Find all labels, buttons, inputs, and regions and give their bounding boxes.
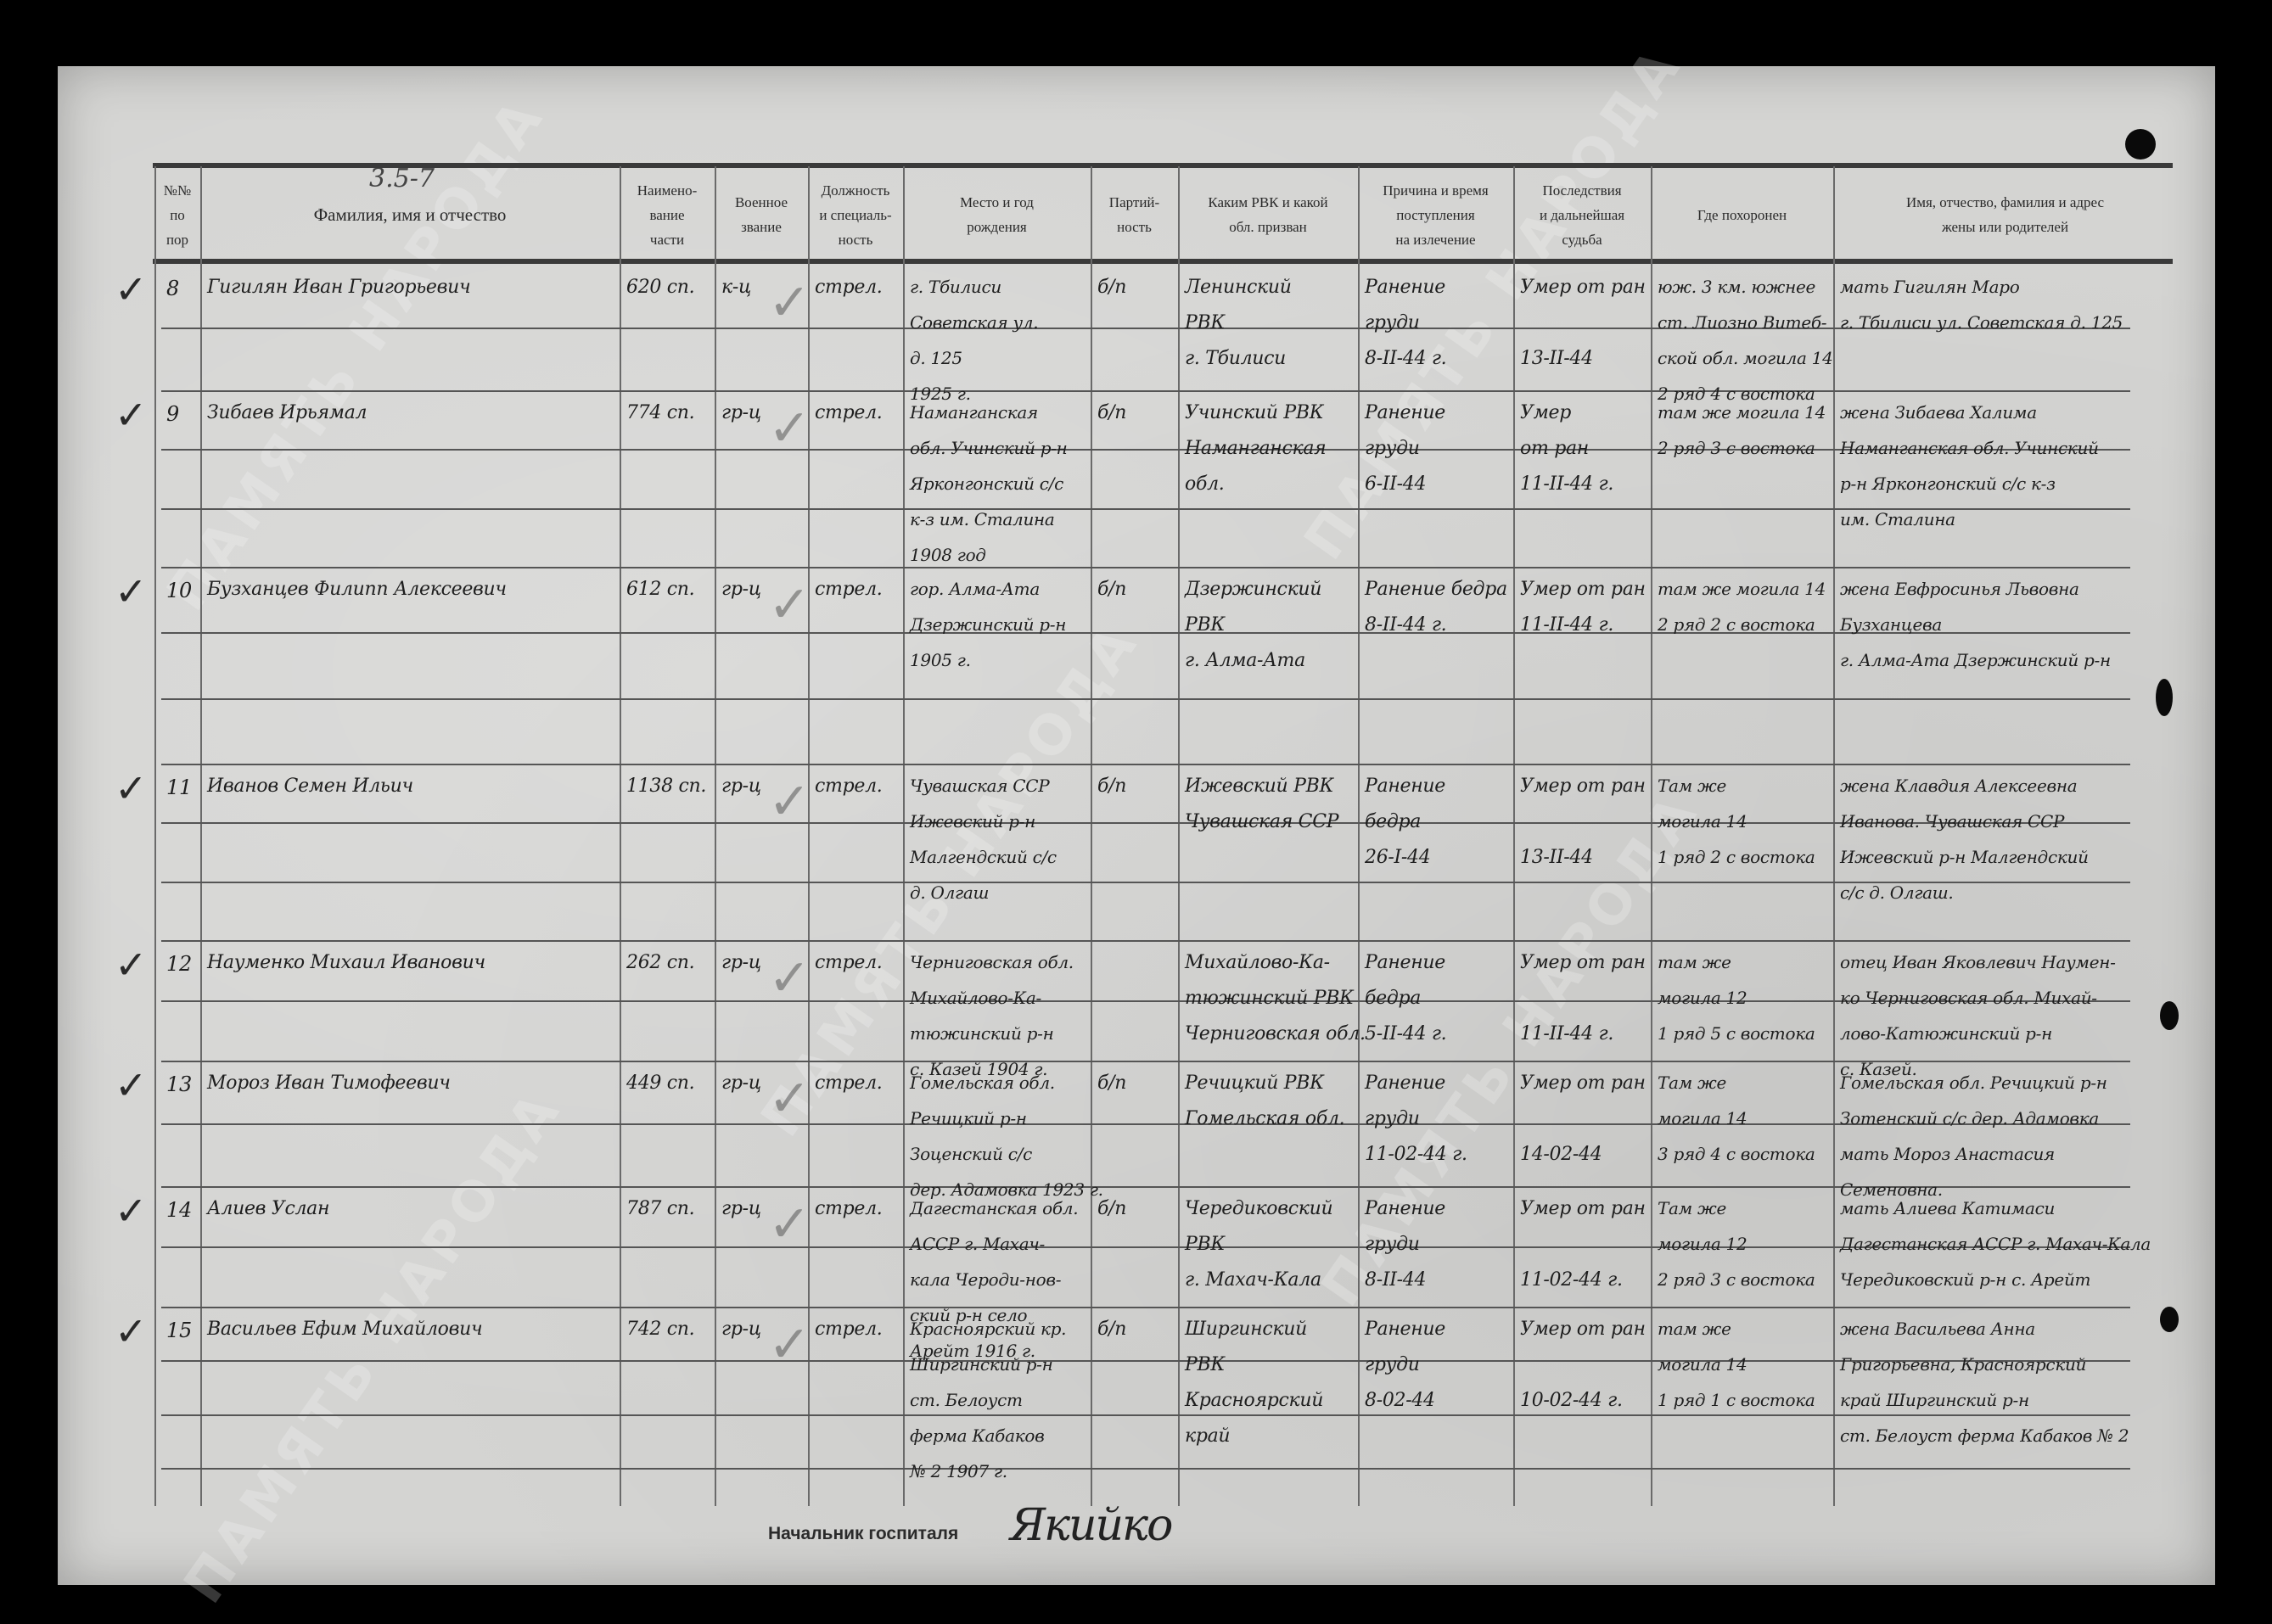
cell-cause: груди <box>1365 438 1420 459</box>
cell-birth: 1908 год <box>910 545 986 565</box>
cell-cause: бедра <box>1365 811 1421 832</box>
cell-burial: 2 ряд 2 с востока <box>1658 614 1815 635</box>
cell-rvk: Красноярский <box>1185 1390 1323 1411</box>
column-header-cause: Причина и время поступления на излечение <box>1358 170 1513 260</box>
cell-burial: могила 14 <box>1658 1108 1747 1128</box>
column-divider <box>1513 166 1515 1506</box>
cell-birth: ст. Белоуст <box>910 1390 1023 1410</box>
cell-rank: гр-ц <box>721 1072 761 1094</box>
cell-birth: Ярконгонский с/с <box>910 473 1063 494</box>
cell-burial: Там же <box>1658 1072 1726 1093</box>
cell-relatives: Гомельская обл. Речицкий р-н <box>1840 1072 2107 1093</box>
cell-birth: Речицкий р-н <box>910 1108 1027 1128</box>
cell-num: 9 <box>166 402 179 426</box>
pencil-check-icon: ✓ <box>768 1195 811 1254</box>
column-header-name: Фамилия, имя и отчество <box>200 170 620 260</box>
column-header-relatives: Имя, отчество, фамилия и адрес жены или … <box>1833 170 2177 260</box>
cell-cause: груди <box>1365 1234 1420 1255</box>
cell-num: 8 <box>166 277 179 300</box>
row-rule <box>161 1000 2130 1002</box>
cell-birth: Малгендский с/с <box>910 847 1057 867</box>
cell-cause: 6-II-44 <box>1365 473 1426 495</box>
cell-position: стрел. <box>815 579 883 600</box>
cell-cause: 11-02-44 г. <box>1365 1144 1467 1165</box>
cell-cause: 8-II-44 г. <box>1365 614 1446 636</box>
cell-outcome: Умер <box>1520 402 1571 423</box>
row-rule <box>161 449 2130 451</box>
cell-name: Науменко Михаил Иванович <box>207 952 485 973</box>
cell-relatives: Ижевский р-н Малгендский <box>1840 847 2089 867</box>
row-rule <box>161 1061 2130 1062</box>
row-rule <box>161 1414 2130 1416</box>
cell-num: 15 <box>166 1319 192 1342</box>
cell-burial: 2 ряд 4 с востока <box>1658 384 1815 404</box>
cell-burial: Там же <box>1658 1198 1726 1218</box>
cell-burial: там же могила 14 <box>1658 402 1826 423</box>
cell-rvk: Речицкий РВК <box>1185 1072 1324 1094</box>
cell-outcome: 11-II-44 г. <box>1520 1023 1613 1044</box>
cell-cause: 5-II-44 г. <box>1365 1023 1446 1044</box>
cell-name: Алиев Услан <box>207 1198 329 1219</box>
punch-hole <box>2125 129 2156 160</box>
cell-burial: 1 ряд 2 с востока <box>1658 847 1815 867</box>
cell-relatives: ко Черниговская обл. Михай- <box>1840 988 2097 1008</box>
row-rule <box>161 764 2130 765</box>
cell-outcome: 13-II-44 <box>1520 847 1593 868</box>
cell-burial: могила 14 <box>1658 1354 1747 1375</box>
cell-num: 10 <box>166 579 192 602</box>
cell-birth: 1925 г. <box>910 384 971 404</box>
column-header-unit: Наимено- вание части <box>620 170 715 260</box>
cell-birth: Гомельская обл. <box>910 1072 1055 1093</box>
cell-cause: 8-02-44 <box>1365 1390 1435 1411</box>
cell-name: Гигилян Иван Григорьевич <box>207 277 470 298</box>
cell-birth: д. 125 <box>910 348 962 368</box>
pencil-check-icon: ✓ <box>768 1069 811 1128</box>
cell-relatives: жена Клавдия Алексеевна <box>1840 776 2077 796</box>
cell-cause: бедра <box>1365 988 1421 1009</box>
cell-party: б/п <box>1097 579 1126 600</box>
cell-unit: 449 сп. <box>626 1072 694 1094</box>
verified-check-icon: ✓ <box>115 1062 148 1108</box>
cell-outcome: 14-02-44 <box>1520 1144 1602 1165</box>
cell-relatives: Зотенский с/с дер. Адамовка <box>1840 1108 2099 1128</box>
cell-outcome: Умер от ран <box>1520 1072 1646 1094</box>
verified-check-icon: ✓ <box>115 1308 148 1354</box>
verified-check-icon: ✓ <box>115 1188 148 1234</box>
cell-birth: Зоценский с/с <box>910 1144 1032 1164</box>
cell-rvk: РВК <box>1185 1234 1225 1255</box>
cell-burial: Там же <box>1658 776 1726 796</box>
column-header-outcome: Последствия и дальнейшая судьба <box>1513 170 1651 260</box>
cell-cause: груди <box>1365 312 1420 333</box>
pencil-check-icon: ✓ <box>768 273 811 333</box>
cell-rank: гр-ц <box>721 402 761 423</box>
cell-cause: 8-II-44 г. <box>1365 348 1446 369</box>
row-rule <box>161 567 2130 568</box>
cell-rvk: Чувашская ССР <box>1185 811 1338 832</box>
cell-relatives: им. Сталина <box>1840 509 1955 529</box>
column-header-burial: Где похоронен <box>1651 170 1833 260</box>
row-rule <box>161 1186 2130 1188</box>
pencil-check-icon: ✓ <box>768 772 811 832</box>
cell-rvk: РВК <box>1185 614 1225 636</box>
cell-unit: 612 сп. <box>626 579 694 600</box>
cell-birth: Ижевский р-н <box>910 811 1035 832</box>
row-rule <box>161 508 2130 510</box>
cell-burial: 1 ряд 5 с востока <box>1658 1023 1815 1044</box>
cell-outcome: Умер от ран <box>1520 277 1646 298</box>
cell-burial: могила 12 <box>1658 988 1747 1008</box>
cell-cause: груди <box>1365 1354 1420 1375</box>
cell-cause: Ранение <box>1365 952 1445 973</box>
pencil-check-icon: ✓ <box>768 949 811 1008</box>
cell-party: б/п <box>1097 277 1126 298</box>
cell-birth: № 2 1907 г. <box>910 1461 1007 1481</box>
column-divider <box>1178 166 1180 1506</box>
cell-burial: там же могила 14 <box>1658 579 1826 599</box>
cell-relatives: Семеновна. <box>1840 1179 1943 1200</box>
cell-birth: дер. Адамовка 1923 г. <box>910 1179 1089 1200</box>
verified-check-icon: ✓ <box>115 392 148 438</box>
cell-rvk: Гомельская обл. <box>1185 1108 1344 1129</box>
cell-relatives: Бузханцева <box>1840 614 1942 635</box>
column-divider <box>154 166 156 1506</box>
cell-relatives: жена Зибаева Халима <box>1840 402 2037 423</box>
column-divider <box>808 166 810 1506</box>
cell-birth: к-з им. Сталина <box>910 509 1055 529</box>
cell-relatives: мать Гигилян Маро <box>1840 277 2019 297</box>
column-divider <box>620 166 621 1506</box>
column-divider <box>200 166 202 1506</box>
cell-rvk: Дзержинский <box>1185 579 1321 600</box>
cell-rvk: г. Тбилиси <box>1185 348 1286 369</box>
verified-check-icon: ✓ <box>115 942 148 988</box>
cell-cause: 8-II-44 <box>1365 1269 1426 1291</box>
cell-burial: могила 14 <box>1658 811 1747 832</box>
row-rule <box>161 328 2130 329</box>
cell-unit: 787 сп. <box>626 1198 694 1219</box>
cell-relatives: лово-Катюжинский р-н <box>1840 1023 2052 1044</box>
cell-party: б/п <box>1097 1072 1126 1094</box>
cell-relatives: Чередиковский р-н с. Арейт <box>1840 1269 2090 1290</box>
column-header-party: Партий- ность <box>1091 170 1178 260</box>
cell-rvk: тюжинский РВК <box>1185 988 1354 1009</box>
column-divider <box>903 166 905 1506</box>
cell-relatives: ст. Белоуст ферма Кабаков № 2 <box>1840 1425 2129 1446</box>
cell-relatives: г. Алма-Ата Дзержинский р-н <box>1840 650 2111 670</box>
cell-burial: ст. Лиозно Витеб- <box>1658 312 1826 333</box>
cell-cause: Ранение <box>1365 402 1445 423</box>
cell-position: стрел. <box>815 1319 883 1340</box>
verified-check-icon: ✓ <box>115 266 148 312</box>
cell-cause: Ранение <box>1365 776 1445 797</box>
cell-unit: 620 сп. <box>626 277 694 298</box>
cell-birth: кала Чероди-нов- <box>910 1269 1061 1290</box>
cell-cause: Ранение <box>1365 1072 1445 1094</box>
cell-unit: 262 сп. <box>626 952 694 973</box>
cell-position: стрел. <box>815 402 883 423</box>
cell-birth: Дагестанская обл. <box>910 1198 1078 1218</box>
cell-outcome: 11-II-44 г. <box>1520 473 1613 495</box>
cell-birth: гор. Алма-Ата <box>910 579 1040 599</box>
column-divider <box>715 166 716 1506</box>
cell-relatives: Наманганская обл. Учинский <box>1840 438 2099 458</box>
cell-rvk: Черниговская обл. <box>1185 1023 1356 1044</box>
cell-birth: АССР г. Махач- <box>910 1234 1045 1254</box>
cell-rvk: г. Алма-Ата <box>1185 650 1305 671</box>
cell-name: Зибаев Ирьямал <box>207 402 367 423</box>
cell-unit: 742 сп. <box>626 1319 694 1340</box>
cell-birth: г. Тбилиси <box>910 277 1001 297</box>
pencil-check-icon: ✓ <box>768 399 811 458</box>
cell-birth: обл. Учинский р-н <box>910 438 1068 458</box>
cell-rvk: Ширгинский <box>1185 1319 1307 1340</box>
cell-burial: там же <box>1658 952 1731 972</box>
row-rule <box>161 882 2130 883</box>
row-rule <box>161 1468 2130 1470</box>
cell-position: стрел. <box>815 952 883 973</box>
cell-relatives: р-н Ярконгонский с/с к-з <box>1840 473 2056 494</box>
row-rule <box>161 1246 2130 1248</box>
cell-relatives: Дагестанская АССР г. Махач-Кала <box>1840 1234 2151 1254</box>
cell-position: стрел. <box>815 1072 883 1094</box>
cell-outcome: Умер от ран <box>1520 776 1646 797</box>
column-header-rvk: Каким РВК и какой обл. призван <box>1178 170 1358 260</box>
cell-name: Иванов Семен Ильич <box>207 776 413 797</box>
cell-cause: 26-I-44 <box>1365 847 1430 868</box>
cell-rank: гр-ц <box>721 1319 761 1340</box>
cell-party: б/п <box>1097 776 1126 797</box>
cell-burial: 2 ряд 3 с востока <box>1658 438 1815 458</box>
cell-cause: Ранение <box>1365 277 1445 298</box>
column-divider <box>1651 166 1652 1506</box>
cell-relatives: жена Евфросинья Львовна <box>1840 579 2079 599</box>
pencil-check-icon: ✓ <box>768 1315 811 1375</box>
cell-rvk: Михайлово-Ка- <box>1185 952 1330 973</box>
cell-num: 14 <box>166 1198 192 1222</box>
cell-relatives: Иванова. Чувашская ССР <box>1840 811 2064 832</box>
cell-rank: гр-ц <box>721 952 761 973</box>
cell-unit: 774 сп. <box>626 402 694 423</box>
cell-birth: Дзержинский р-н <box>910 614 1066 635</box>
cell-num: 11 <box>166 776 192 799</box>
cell-birth: ферма Кабаков <box>910 1425 1044 1446</box>
cell-relatives: Григорьевна, Красноярский <box>1840 1354 2086 1375</box>
row-rule <box>161 940 2130 942</box>
cell-relatives: мать Алиева Катимаси <box>1840 1198 2055 1218</box>
column-header-position: Должность и специаль- ность <box>808 170 903 260</box>
row-rule <box>161 390 2130 392</box>
cell-num: 13 <box>166 1072 192 1096</box>
cell-outcome: от ран <box>1520 438 1589 459</box>
cell-outcome: 11-02-44 г. <box>1520 1269 1623 1291</box>
cell-birth: 1905 г. <box>910 650 971 670</box>
cell-cause: Ранение бедра <box>1365 579 1507 600</box>
cell-relatives: г. Тбилиси ул. Советская д. 125 <box>1840 312 2123 333</box>
cell-rvk: Чередиковский <box>1185 1198 1332 1219</box>
cell-rvk: Ленинский <box>1185 277 1292 298</box>
cell-name: Мороз Иван Тимофеевич <box>207 1072 451 1094</box>
cell-rvk: РВК <box>1185 1354 1225 1375</box>
cell-rvk: Наманганская <box>1185 438 1326 459</box>
cell-outcome: 13-II-44 <box>1520 348 1593 369</box>
cell-cause: Ранение <box>1365 1198 1445 1219</box>
cell-party: б/п <box>1097 402 1126 423</box>
verified-check-icon: ✓ <box>115 568 148 614</box>
cell-party: б/п <box>1097 1319 1126 1340</box>
column-divider <box>1833 166 1835 1506</box>
cell-relatives: край Ширгинский р-н <box>1840 1390 2029 1410</box>
column-divider <box>1091 166 1092 1506</box>
cell-outcome: 11-II-44 г. <box>1520 614 1613 636</box>
cell-position: стрел. <box>815 776 883 797</box>
signature: Якийко <box>1010 1500 1171 1551</box>
row-rule <box>161 632 2130 634</box>
punch-hole <box>2160 1001 2179 1030</box>
cell-relatives: мать Мороз Анастасия <box>1840 1144 2055 1164</box>
cell-outcome: 10-02-44 г. <box>1520 1390 1623 1411</box>
cell-party: б/п <box>1097 1198 1126 1219</box>
row-rule <box>161 1307 2130 1308</box>
cell-relatives: с/с д. Олгаш. <box>1840 882 1953 903</box>
punch-hole <box>2156 679 2173 716</box>
cell-birth: тюжинский р-н <box>910 1023 1053 1044</box>
cell-outcome: Умер от ран <box>1520 579 1646 600</box>
cell-rank: гр-ц <box>721 1198 761 1219</box>
cell-outcome: Умер от ран <box>1520 1198 1646 1219</box>
cell-birth: Чувашская ССР <box>910 776 1049 796</box>
cell-burial: 1 ряд 1 с востока <box>1658 1390 1815 1410</box>
cell-relatives: отец Иван Яковлевич Наумен- <box>1840 952 2116 972</box>
cell-position: стрел. <box>815 1198 883 1219</box>
cell-num: 12 <box>166 952 192 976</box>
verified-check-icon: ✓ <box>115 765 148 811</box>
cell-birth: Красноярский кр. <box>910 1319 1066 1339</box>
cell-name: Бузханцев Филипп Алексеевич <box>207 579 507 600</box>
row-rule <box>161 1123 2130 1125</box>
cell-burial: там же <box>1658 1319 1731 1339</box>
table-top-border <box>153 163 2173 168</box>
pencil-check-icon: ✓ <box>768 575 811 635</box>
cell-birth: Наманганская <box>910 402 1038 423</box>
cell-rank: гр-ц <box>721 776 761 797</box>
cell-rvk: Ижевский РВК <box>1185 776 1333 797</box>
punch-hole <box>2160 1307 2179 1332</box>
cell-burial: юж. 3 км. южнее <box>1658 277 1815 297</box>
cell-outcome: Умер от ран <box>1520 952 1646 973</box>
column-header-num: №№ по пор <box>154 170 200 260</box>
cell-rank: гр-ц <box>721 579 761 600</box>
cell-birth: Советская ул. <box>910 312 1038 333</box>
row-rule <box>161 822 2130 824</box>
cell-burial: могила 12 <box>1658 1234 1747 1254</box>
column-header-rank: Военное звание <box>715 170 808 260</box>
column-divider <box>1358 166 1360 1506</box>
cell-burial: 3 ряд 4 с востока <box>1658 1144 1815 1164</box>
column-header-birth: Место и год рождения <box>903 170 1091 260</box>
cell-rvk: Учинский РВК <box>1185 402 1323 423</box>
cell-cause: груди <box>1365 1108 1420 1129</box>
cell-birth: Ширгинский р-н <box>910 1354 1052 1375</box>
cell-position: стрел. <box>815 277 883 298</box>
cell-birth: Михайлово-Ка- <box>910 988 1041 1008</box>
row-rule <box>161 1360 2130 1362</box>
cell-unit: 1138 сп. <box>626 776 706 797</box>
cell-outcome: Умер от ран <box>1520 1319 1646 1340</box>
cell-birth: Черниговская обл. <box>910 952 1074 972</box>
cell-cause: Ранение <box>1365 1319 1445 1340</box>
cell-relatives: жена Васильева Анна <box>1840 1319 2035 1339</box>
cell-rvk: обл. <box>1185 473 1224 495</box>
cell-rvk: край <box>1185 1425 1230 1447</box>
row-rule <box>161 698 2130 700</box>
cell-rank: к-ц <box>721 277 751 298</box>
cell-burial: 2 ряд 3 с востока <box>1658 1269 1815 1290</box>
cell-birth: д. Олгаш <box>910 882 989 903</box>
cell-rvk: г. Махач-Кала <box>1185 1269 1321 1291</box>
cell-name: Васильев Ефим Михайлович <box>207 1319 482 1340</box>
cell-burial: ской обл. могила 14 <box>1658 348 1832 368</box>
cell-rvk: РВК <box>1185 312 1225 333</box>
hospital-chief-label: Начальник госпиталя <box>768 1524 958 1544</box>
